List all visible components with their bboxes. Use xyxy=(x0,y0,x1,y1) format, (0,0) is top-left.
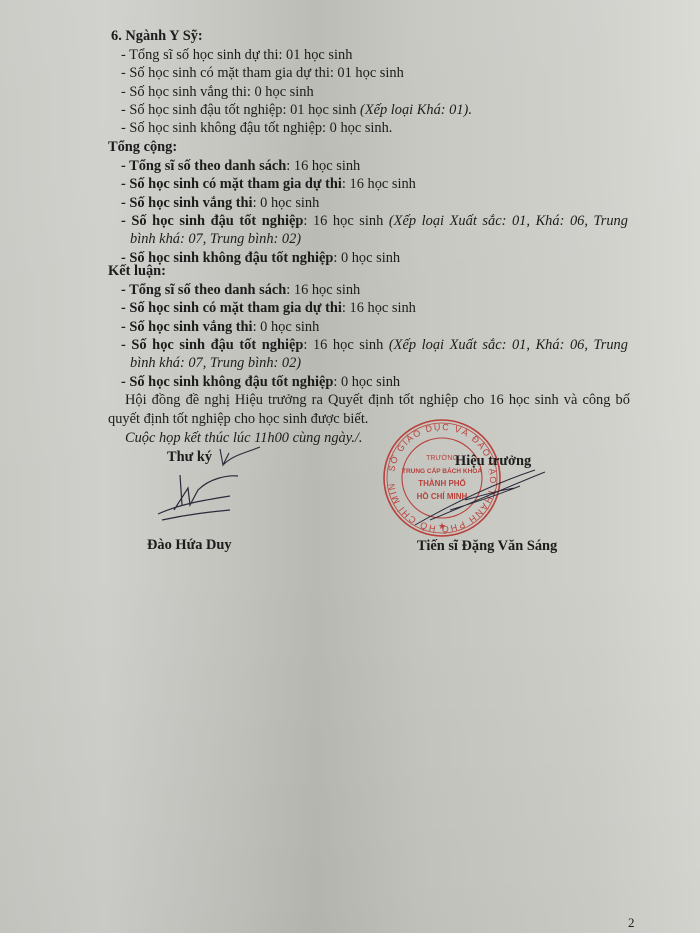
conclusion-item: - Số học sinh không đậu tốt nghiệp: 0 họ… xyxy=(121,373,400,392)
section-6-pass-text: - Số học sinh đậu tốt nghiệp: 01 học sin… xyxy=(121,102,360,118)
section-6-pass-note: (Xếp loại Khá: 01). xyxy=(360,102,472,118)
section-6-heading: 6. Ngành Y Sỹ: xyxy=(111,27,203,46)
total-item: - Số học sinh có mặt tham gia dự thi: 16… xyxy=(121,175,416,194)
section-6-item: - Số học sinh không đậu tốt nghiệp: 0 họ… xyxy=(121,119,392,138)
conclusion-item: - Số học sinh đậu tốt nghiệp: 16 học sin… xyxy=(121,336,628,355)
secretary-title: Thư ký xyxy=(167,448,212,467)
conclusion-item: - Số học sinh có mặt tham gia dự thi: 16… xyxy=(121,299,416,318)
proposal-line-1: Hội đồng đề nghị Hiệu trưởng ra Quyết đị… xyxy=(125,391,630,410)
paper-shading xyxy=(0,0,700,933)
secretary-name: Đào Hứa Duy xyxy=(147,536,232,555)
conclusion-item: - Số học sinh vắng thi: 0 học sinh xyxy=(121,318,319,337)
principal-name: Tiến sĩ Đặng Văn Sáng xyxy=(417,537,557,556)
total-item-note-continued: bình khá: 07, Trung bình: 02) xyxy=(130,230,301,249)
proposal-line-2: quyết định tốt nghiệp cho học sinh được … xyxy=(108,410,368,429)
principal-signature xyxy=(410,460,550,530)
secretary-initial-signature xyxy=(215,443,275,471)
section-6-item: - Số học sinh vắng thi: 0 học sinh xyxy=(121,83,314,102)
section-6-item: - Số học sinh có mặt tham gia dự thi: 01… xyxy=(121,64,404,83)
section-6-item: - Tổng sĩ số học sinh dự thi: 01 học sin… xyxy=(121,46,352,65)
page-number: 2 xyxy=(628,915,635,931)
conclusion-item-note-continued: bình khá: 07, Trung bình: 02) xyxy=(130,354,301,373)
section-6-item: - Số học sinh đậu tốt nghiệp: 01 học sin… xyxy=(121,101,472,120)
conclusion-item: - Tổng sĩ số theo danh sách: 16 học sinh xyxy=(121,281,360,300)
secretary-signature xyxy=(150,470,250,525)
total-item: - Tổng sĩ số theo danh sách: 16 học sinh xyxy=(121,157,360,176)
total-item: - Số học sinh đậu tốt nghiệp: 16 học sin… xyxy=(121,212,628,231)
total-heading: Tổng cộng: xyxy=(108,138,177,157)
conclusion-heading: Kết luận: xyxy=(108,262,166,281)
total-item: - Số học sinh vắng thi: 0 học sinh xyxy=(121,194,319,213)
